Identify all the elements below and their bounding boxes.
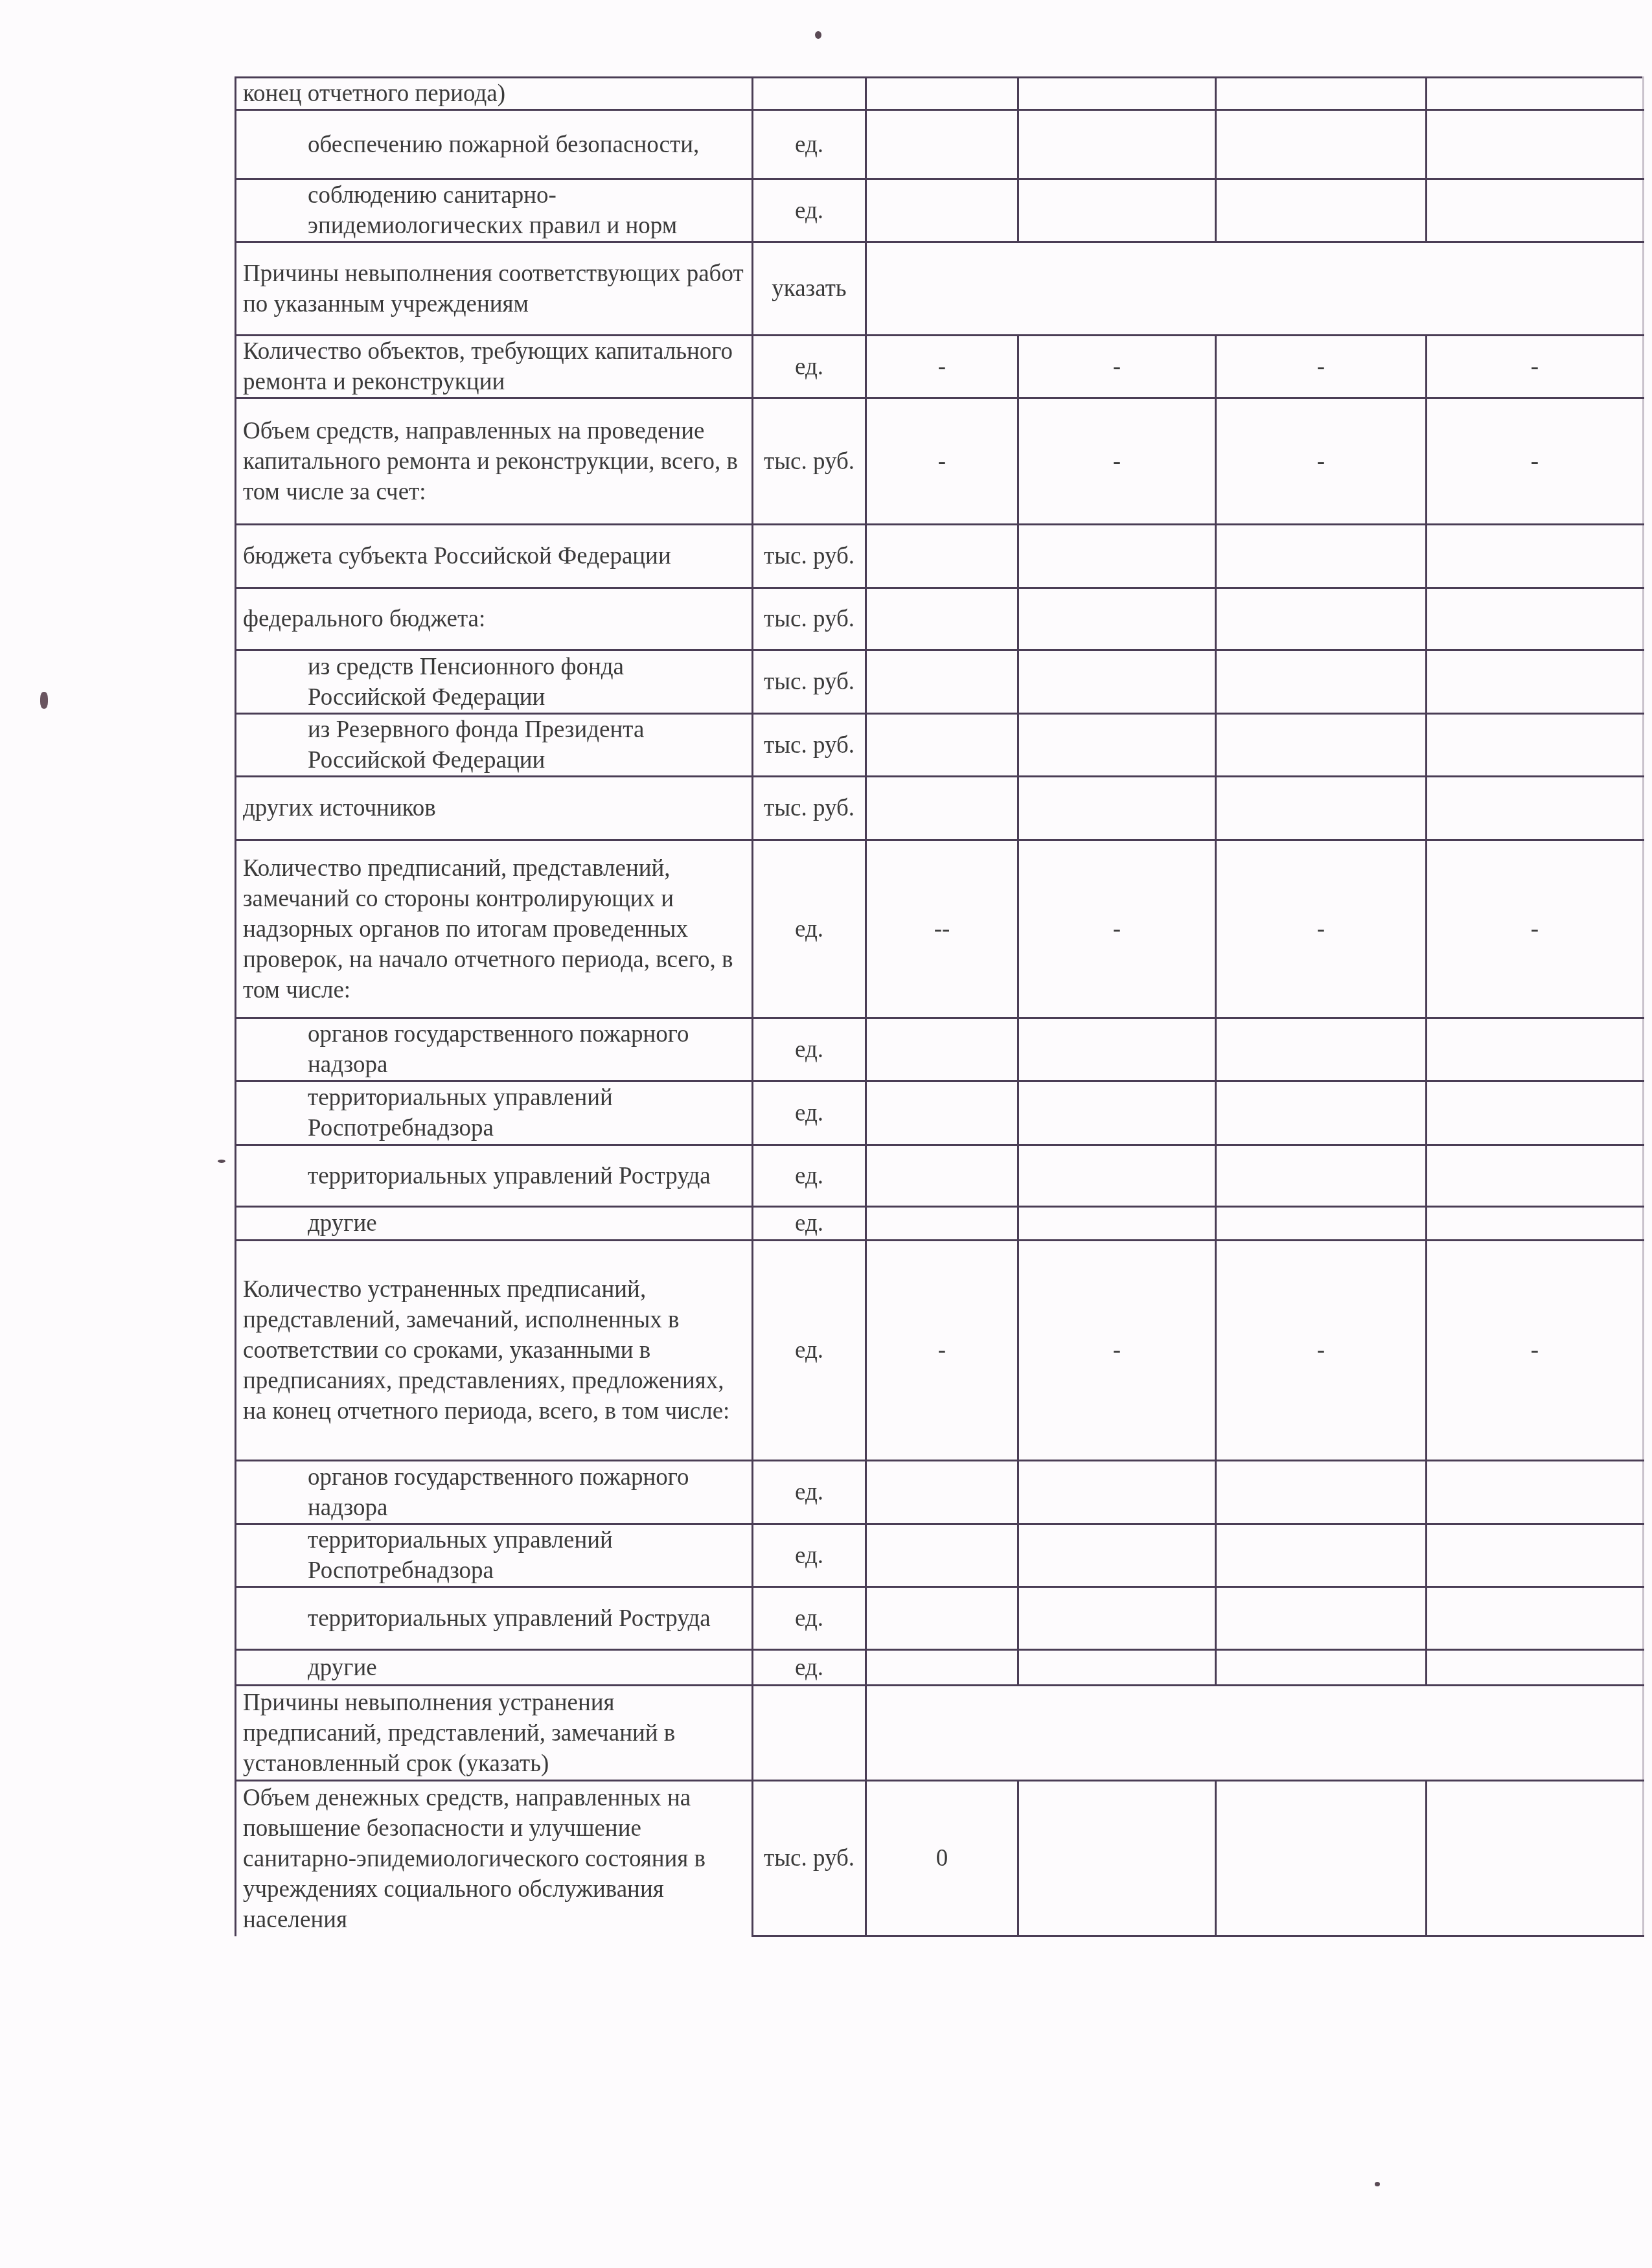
report-table: конец отчетного периода)обеспечению пожа… — [235, 76, 1644, 1937]
value-cell: - — [1216, 398, 1427, 525]
value-cell — [1216, 1018, 1427, 1081]
table-row: территориальных управлений Рострудаед. — [236, 1587, 1644, 1650]
unit-cell — [753, 1686, 866, 1781]
value-cell — [1216, 650, 1427, 714]
value-cell — [1216, 1587, 1427, 1650]
value-cell — [1216, 588, 1427, 650]
row-label: конец отчетного периода) — [236, 78, 753, 110]
value-cell: - — [1216, 1241, 1427, 1461]
value-cell — [1427, 1018, 1644, 1081]
table-row: органов государственного пожарного надзо… — [236, 1018, 1644, 1081]
unit-cell: ед. — [753, 110, 866, 179]
value-cell — [1018, 588, 1216, 650]
value-cell — [866, 777, 1018, 840]
value-cell: - — [1427, 336, 1644, 398]
unit-cell: тыс. руб. — [753, 650, 866, 714]
table-row: Причины невыполнения устранения предписа… — [236, 1686, 1644, 1781]
value-cell — [1216, 1145, 1427, 1207]
value-cell — [1018, 78, 1216, 110]
row-label: территориальных управлений Роструда — [236, 1145, 753, 1207]
value-cell — [1427, 650, 1644, 714]
value-cell — [1018, 1587, 1216, 1650]
value-cell — [1216, 179, 1427, 242]
unit-cell: ед. — [753, 1081, 866, 1145]
value-cell — [1427, 1461, 1644, 1524]
table-row: бюджета субъекта Российской Федерациитыс… — [236, 525, 1644, 588]
row-label: других источников — [236, 777, 753, 840]
table-row: органов государственного пожарного надзо… — [236, 1461, 1644, 1524]
merged-value-cell — [866, 242, 1644, 336]
table-row: Количество объектов, требующих капитальн… — [236, 336, 1644, 398]
row-label: Количество устраненных предписаний, пред… — [236, 1241, 753, 1461]
unit-cell: ед. — [753, 1207, 866, 1241]
value-cell: - — [1216, 336, 1427, 398]
unit-cell: ед. — [753, 1587, 866, 1650]
value-cell: - — [866, 1241, 1018, 1461]
table-row: территориальных управлений Рострудаед. — [236, 1145, 1644, 1207]
table-row: других источниковтыс. руб. — [236, 777, 1644, 840]
value-cell: - — [866, 398, 1018, 525]
unit-cell: ед. — [753, 1145, 866, 1207]
value-cell — [1427, 78, 1644, 110]
merged-value-cell — [866, 1686, 1644, 1781]
table-row: конец отчетного периода) — [236, 78, 1644, 110]
value-cell — [866, 714, 1018, 777]
unit-cell: ед. — [753, 1241, 866, 1461]
value-cell: - — [866, 336, 1018, 398]
value-cell — [1018, 525, 1216, 588]
scanned-document-page: конец отчетного периода)обеспечению пожа… — [0, 0, 1652, 2268]
value-cell — [1018, 1524, 1216, 1587]
value-cell — [1018, 777, 1216, 840]
table-row: соблюдению санитарно-эпидемиологических … — [236, 179, 1644, 242]
row-label: соблюдению санитарно-эпидемиологических … — [236, 179, 753, 242]
unit-cell: ед. — [753, 1018, 866, 1081]
row-label: федерального бюджета: — [236, 588, 753, 650]
value-cell — [866, 1524, 1018, 1587]
row-label: Количество объектов, требующих капитальн… — [236, 336, 753, 398]
value-cell — [1427, 1207, 1644, 1241]
value-cell: - — [1018, 336, 1216, 398]
row-label: Количество предписаний, представлений, з… — [236, 840, 753, 1018]
row-label: территориальных управлений Роспотребнадз… — [236, 1524, 753, 1587]
unit-cell: тыс. руб. — [753, 588, 866, 650]
unit-cell: тыс. руб. — [753, 525, 866, 588]
value-cell — [1427, 1650, 1644, 1686]
table-row: другиеед. — [236, 1207, 1644, 1241]
table-row: Объем средств, направленных на проведени… — [236, 398, 1644, 525]
value-cell — [1018, 1081, 1216, 1145]
value-cell — [866, 1145, 1018, 1207]
value-cell — [1216, 714, 1427, 777]
value-cell — [1018, 1461, 1216, 1524]
table-row: из средств Пенсионного фонда Российской … — [236, 650, 1644, 714]
value-cell — [1216, 1781, 1427, 1936]
unit-cell: ед. — [753, 840, 866, 1018]
value-cell: - — [1427, 840, 1644, 1018]
table-row: Количество предписаний, представлений, з… — [236, 840, 1644, 1018]
value-cell — [1427, 588, 1644, 650]
value-cell — [866, 650, 1018, 714]
table-row: из Резервного фонда Президента Российско… — [236, 714, 1644, 777]
value-cell — [1216, 777, 1427, 840]
value-cell — [866, 110, 1018, 179]
value-cell — [1018, 1650, 1216, 1686]
value-cell: -- — [866, 840, 1018, 1018]
unit-cell: ед. — [753, 1650, 866, 1686]
value-cell — [1427, 714, 1644, 777]
table-row: Количество устраненных предписаний, пред… — [236, 1241, 1644, 1461]
value-cell — [1018, 1145, 1216, 1207]
value-cell — [1018, 1781, 1216, 1936]
value-cell — [1427, 179, 1644, 242]
table-row: другиеед. — [236, 1650, 1644, 1686]
value-cell — [1427, 1781, 1644, 1936]
value-cell — [866, 1207, 1018, 1241]
table-row: Причины невыполнения соответствующих раб… — [236, 242, 1644, 336]
value-cell — [1427, 1145, 1644, 1207]
value-cell — [866, 1587, 1018, 1650]
table-row: обеспечению пожарной безопасности,ед. — [236, 110, 1644, 179]
row-label: другие — [236, 1650, 753, 1686]
value-cell — [1427, 110, 1644, 179]
row-label: из Резервного фонда Президента Российско… — [236, 714, 753, 777]
value-cell — [866, 1650, 1018, 1686]
scan-speck — [40, 692, 48, 709]
row-label: Объем денежных средств, направленных на … — [236, 1781, 753, 1936]
value-cell — [866, 179, 1018, 242]
unit-cell: ед. — [753, 336, 866, 398]
value-cell — [1216, 525, 1427, 588]
scan-speck — [1375, 2182, 1380, 2186]
unit-cell: тыс. руб. — [753, 1781, 866, 1936]
value-cell — [1427, 777, 1644, 840]
row-label: другие — [236, 1207, 753, 1241]
table-row: федерального бюджета:тыс. руб. — [236, 588, 1644, 650]
value-cell — [866, 1018, 1018, 1081]
unit-cell: ед. — [753, 179, 866, 242]
value-cell — [1216, 110, 1427, 179]
unit-cell: ед. — [753, 1524, 866, 1587]
unit-cell: указать — [753, 242, 866, 336]
value-cell — [1216, 1207, 1427, 1241]
unit-cell: ед. — [753, 1461, 866, 1524]
row-label: Причины невыполнения соответствующих раб… — [236, 242, 753, 336]
value-cell: - — [1018, 398, 1216, 525]
value-cell: - — [1018, 1241, 1216, 1461]
row-label: территориальных управлений Роспотребнадз… — [236, 1081, 753, 1145]
value-cell — [1427, 1524, 1644, 1587]
value-cell — [1018, 1018, 1216, 1081]
table-row: территориальных управлений Роспотребнадз… — [236, 1081, 1644, 1145]
row-label: Причины невыполнения устранения предписа… — [236, 1686, 753, 1781]
value-cell — [866, 1461, 1018, 1524]
value-cell: - — [1427, 1241, 1644, 1461]
value-cell: - — [1216, 840, 1427, 1018]
value-cell — [1427, 1081, 1644, 1145]
value-cell: - — [1018, 840, 1216, 1018]
value-cell: - — [1427, 398, 1644, 525]
row-label: органов государственного пожарного надзо… — [236, 1461, 753, 1524]
row-label: обеспечению пожарной безопасности, — [236, 110, 753, 179]
unit-cell: тыс. руб. — [753, 398, 866, 525]
value-cell: 0 — [866, 1781, 1018, 1936]
row-label: территориальных управлений Роструда — [236, 1587, 753, 1650]
row-label: бюджета субъекта Российской Федерации — [236, 525, 753, 588]
value-cell — [1427, 1587, 1644, 1650]
value-cell — [1216, 78, 1427, 110]
value-cell — [1018, 1207, 1216, 1241]
row-label: органов государственного пожарного надзо… — [236, 1018, 753, 1081]
value-cell — [1216, 1524, 1427, 1587]
value-cell — [866, 78, 1018, 110]
table-row: территориальных управлений Роспотребнадз… — [236, 1524, 1644, 1587]
row-label: Объем средств, направленных на проведени… — [236, 398, 753, 525]
value-cell — [1018, 650, 1216, 714]
row-label: из средств Пенсионного фонда Российской … — [236, 650, 753, 714]
value-cell — [1018, 714, 1216, 777]
value-cell — [1216, 1461, 1427, 1524]
scan-speck — [218, 1160, 225, 1163]
unit-cell: тыс. руб. — [753, 777, 866, 840]
value-cell — [1018, 110, 1216, 179]
value-cell — [1216, 1081, 1427, 1145]
scan-speck — [815, 31, 821, 39]
value-cell — [866, 588, 1018, 650]
unit-cell: тыс. руб. — [753, 714, 866, 777]
unit-cell — [753, 78, 866, 110]
value-cell — [1216, 1650, 1427, 1686]
value-cell — [866, 525, 1018, 588]
value-cell — [866, 1081, 1018, 1145]
value-cell — [1427, 525, 1644, 588]
table-row: Объем денежных средств, направленных на … — [236, 1781, 1644, 1936]
value-cell — [1018, 179, 1216, 242]
